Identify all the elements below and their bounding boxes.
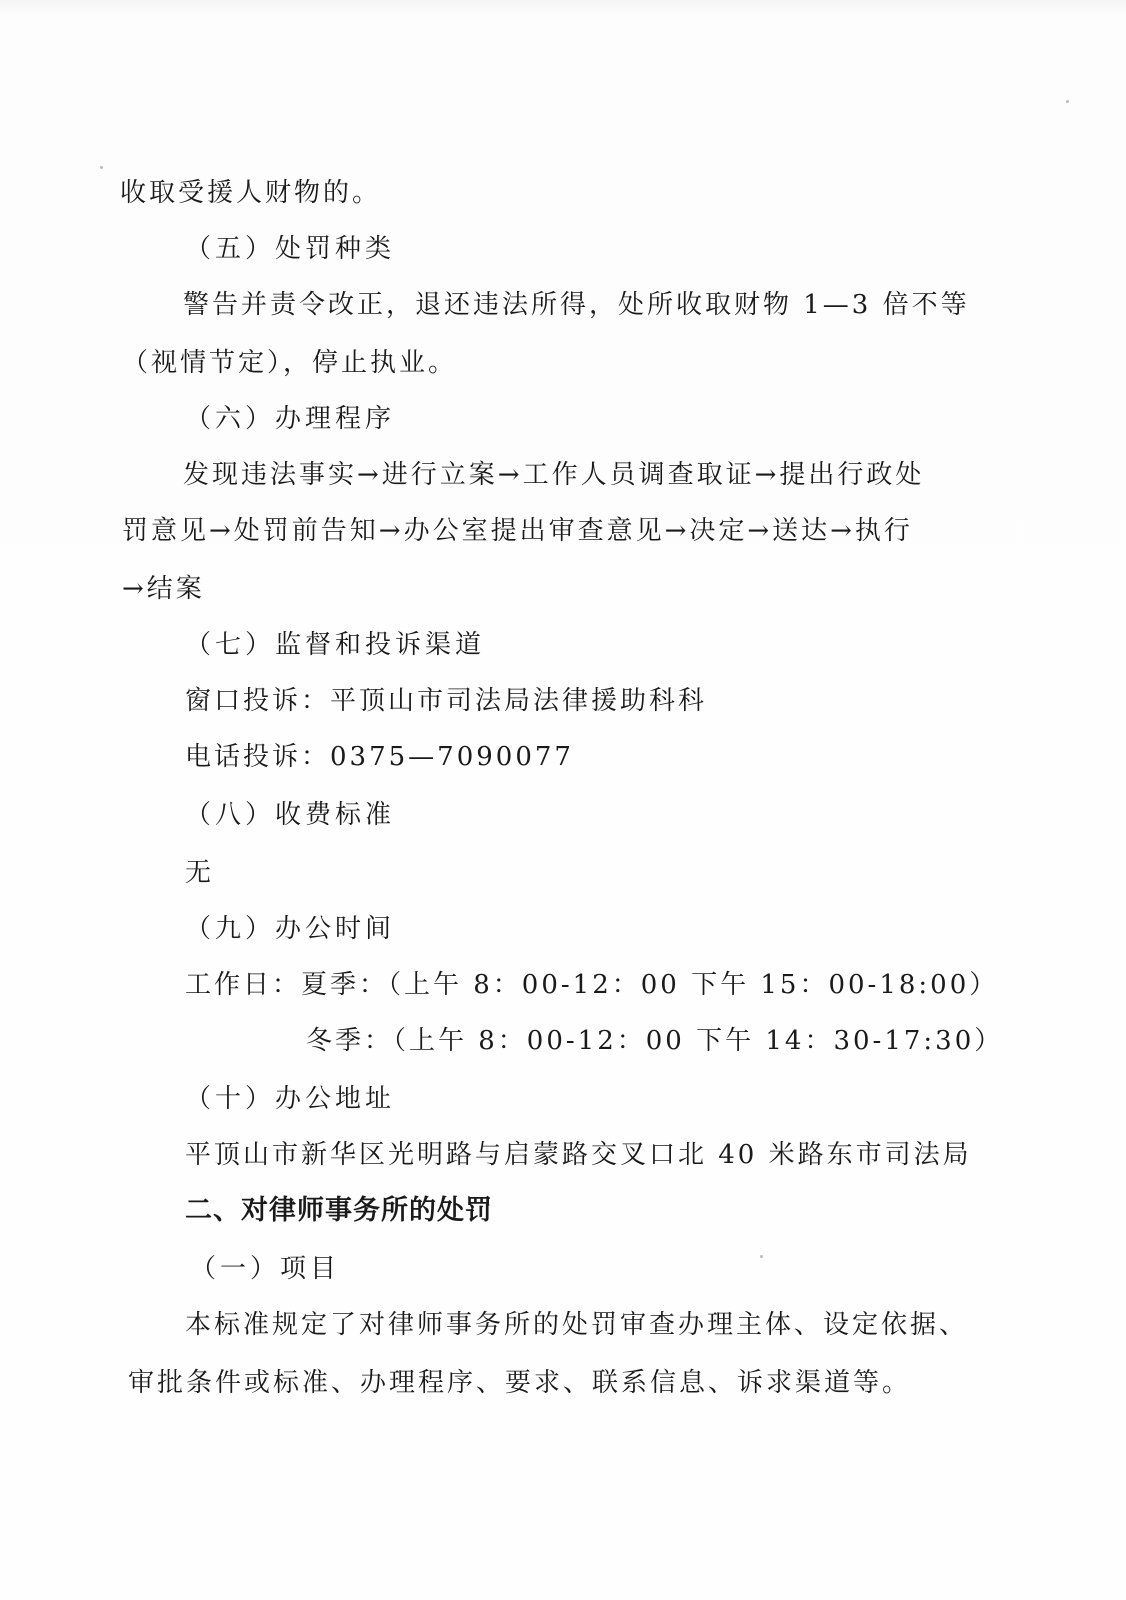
heading-fee-standard: （八）收费标准 (185, 798, 395, 832)
paragraph-item-2: 审批条件或标准、办理程序、要求、联系信息、诉求渠道等。 (128, 1366, 911, 1400)
heading-procedure: （六）办理程序 (185, 402, 395, 436)
paragraph-penalty-types-2: （视情节定），停止执业。 (122, 346, 457, 380)
section-heading-law-firm-penalty: 二、对律师事务所的处罚 (185, 1194, 493, 1228)
heading-item: （一）项目 (190, 1252, 340, 1286)
heading-complaint-channels: （七）监督和投诉渠道 (185, 628, 485, 662)
scanned-document-page: 收取受援人财物的。 （五）处罚种类 警告并责令改正，退还违法所得，处所收取财物 … (0, 0, 1126, 1600)
paragraph-fee-none: 无 (185, 856, 214, 890)
paragraph-procedure-3: →结案 (122, 572, 205, 606)
heading-office-address: （十）办公地址 (185, 1082, 395, 1116)
scan-speck (760, 1255, 763, 1258)
heading-penalty-types: （五）处罚种类 (185, 232, 395, 266)
paragraph-window-complaint: 窗口投诉：平顶山市司法局法律援助科科 (185, 684, 707, 718)
paragraph-hours-winter: 冬季：（上午 8：00-12：00 下午 14：30-17:30） (306, 1024, 1003, 1058)
paragraph-phone-complaint: 电话投诉：0375—7090077 (185, 740, 574, 774)
heading-office-hours: （九）办公时间 (185, 912, 395, 946)
paragraph-procedure-2: 罚意见→处罚前告知→办公室提出审查意见→决定→送达→执行 (122, 514, 913, 548)
scan-speck (100, 166, 103, 169)
paragraph-procedure-1: 发现违法事实→进行立案→工作人员调查取证→提出行政处 (183, 458, 924, 492)
paragraph-penalty-types-1: 警告并责令改正，退还违法所得，处所收取财物 1—3 倍不等 (183, 288, 970, 322)
paragraph-hours-summer: 工作日：夏季：（上午 8：00-12：00 下午 15：00-18:00） (185, 968, 998, 1002)
continuation-text: 收取受援人财物的。 (120, 176, 381, 210)
paragraph-item-1: 本标准规定了对律师事务所的处罚审查办理主体、设定依据、 (185, 1308, 968, 1342)
paragraph-address: 平顶山市新华区光明路与启蒙路交叉口北 40 米路东市司法局 (185, 1138, 972, 1172)
scan-speck (1066, 100, 1069, 103)
